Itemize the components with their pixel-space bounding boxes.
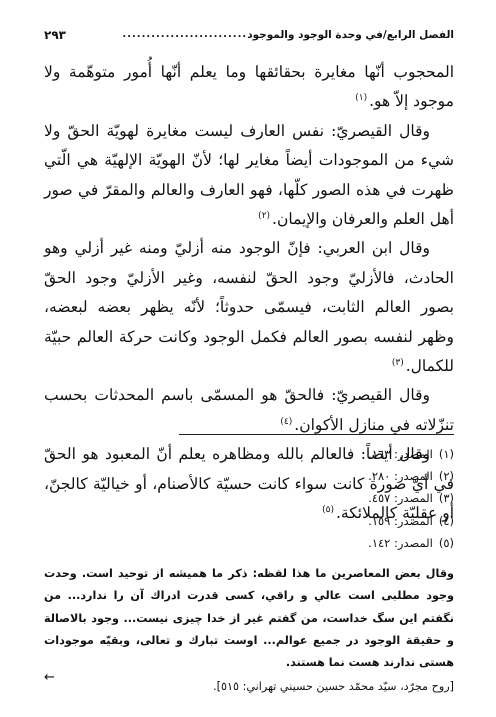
- footnote-item: (١) المصدر: ١٦٣.: [44, 443, 454, 465]
- footnote-text: المصدر: ١٦٣.: [368, 443, 433, 465]
- footnote-item: (٤) المصدر: ١٥٩.: [44, 510, 454, 532]
- note-citation: [روح مجرّد، سيّد محمّد حسين حسيني تهراني…: [44, 676, 454, 698]
- footnote-text: المصدر: ٢٨٠.: [368, 465, 433, 487]
- footnote-marker: (٥): [439, 532, 454, 554]
- leader-dots: ..........................: [70, 27, 247, 43]
- paragraph: وقال ابن العربي: فإنّ الوجود منه أزليّ و…: [44, 234, 454, 381]
- footnote-separator: [179, 434, 454, 435]
- page-number: ٢٩٣: [44, 27, 66, 43]
- paragraph: وقال القيصريّ: نفس العارف ليست مغايرة له…: [44, 117, 454, 235]
- chapter-title: الفصل الرابع/في وحدة الوجود والموجود: [247, 27, 454, 43]
- footnote-text: المصدر: ٤٥٧.: [368, 487, 433, 509]
- commentary-note: وقال بعض المعاصرين ما هذا لفظه: ذكر ما ه…: [44, 563, 454, 699]
- footnote-marker: (٣): [439, 487, 454, 509]
- footnote-item: (٥) المصدر: ١٤٢.: [44, 532, 454, 554]
- footnote-item: (٢) المصدر: ٢٨٠.: [44, 465, 454, 487]
- paragraph: المحجوب أنّها مغايرة بحقائقها وما يعلم أ…: [44, 58, 454, 117]
- footnote-marker: (٢): [439, 465, 454, 487]
- footnote-ref[interactable]: (١): [355, 93, 367, 103]
- paragraph-text: المحجوب أنّها مغايرة بحقائقها وما يعلم أ…: [44, 63, 454, 110]
- paragraph-text: وقال ابن العربي: فإنّ الوجود منه أزليّ و…: [44, 239, 454, 375]
- paragraph: وقال القيصريّ: فالحقّ هو المسمّى باسم ال…: [44, 381, 454, 440]
- footnote-ref[interactable]: (٤): [280, 417, 292, 427]
- paragraph-text: وقال القيصريّ: فالحقّ هو المسمّى باسم ال…: [44, 386, 454, 433]
- footnote-item: (٣) المصدر: ٤٥٧.: [44, 487, 454, 509]
- footnotes-list: (١) المصدر: ١٦٣. (٢) المصدر: ٢٨٠. (٣) ال…: [44, 443, 454, 554]
- footnote-text: المصدر: ١٥٩.: [368, 510, 433, 532]
- footnote-marker: (١): [439, 443, 454, 465]
- note-text: وقال بعض المعاصرين ما هذا لفظه: ذكر ما ه…: [44, 563, 454, 674]
- running-header: الفصل الرابع/في وحدة الوجود والموجود ...…: [44, 27, 454, 43]
- footnote-ref[interactable]: (٣): [392, 358, 404, 368]
- paragraph-text: وقال القيصريّ: نفس العارف ليست مغايرة له…: [44, 122, 454, 228]
- book-page: الفصل الرابع/في وحدة الوجود والموجود ...…: [44, 0, 454, 717]
- footnote-ref[interactable]: (٢): [258, 211, 270, 221]
- footnote-marker: (٤): [439, 510, 454, 532]
- footnote-text: المصدر: ١٤٢.: [368, 532, 433, 554]
- continue-arrow-icon: ←: [44, 670, 55, 686]
